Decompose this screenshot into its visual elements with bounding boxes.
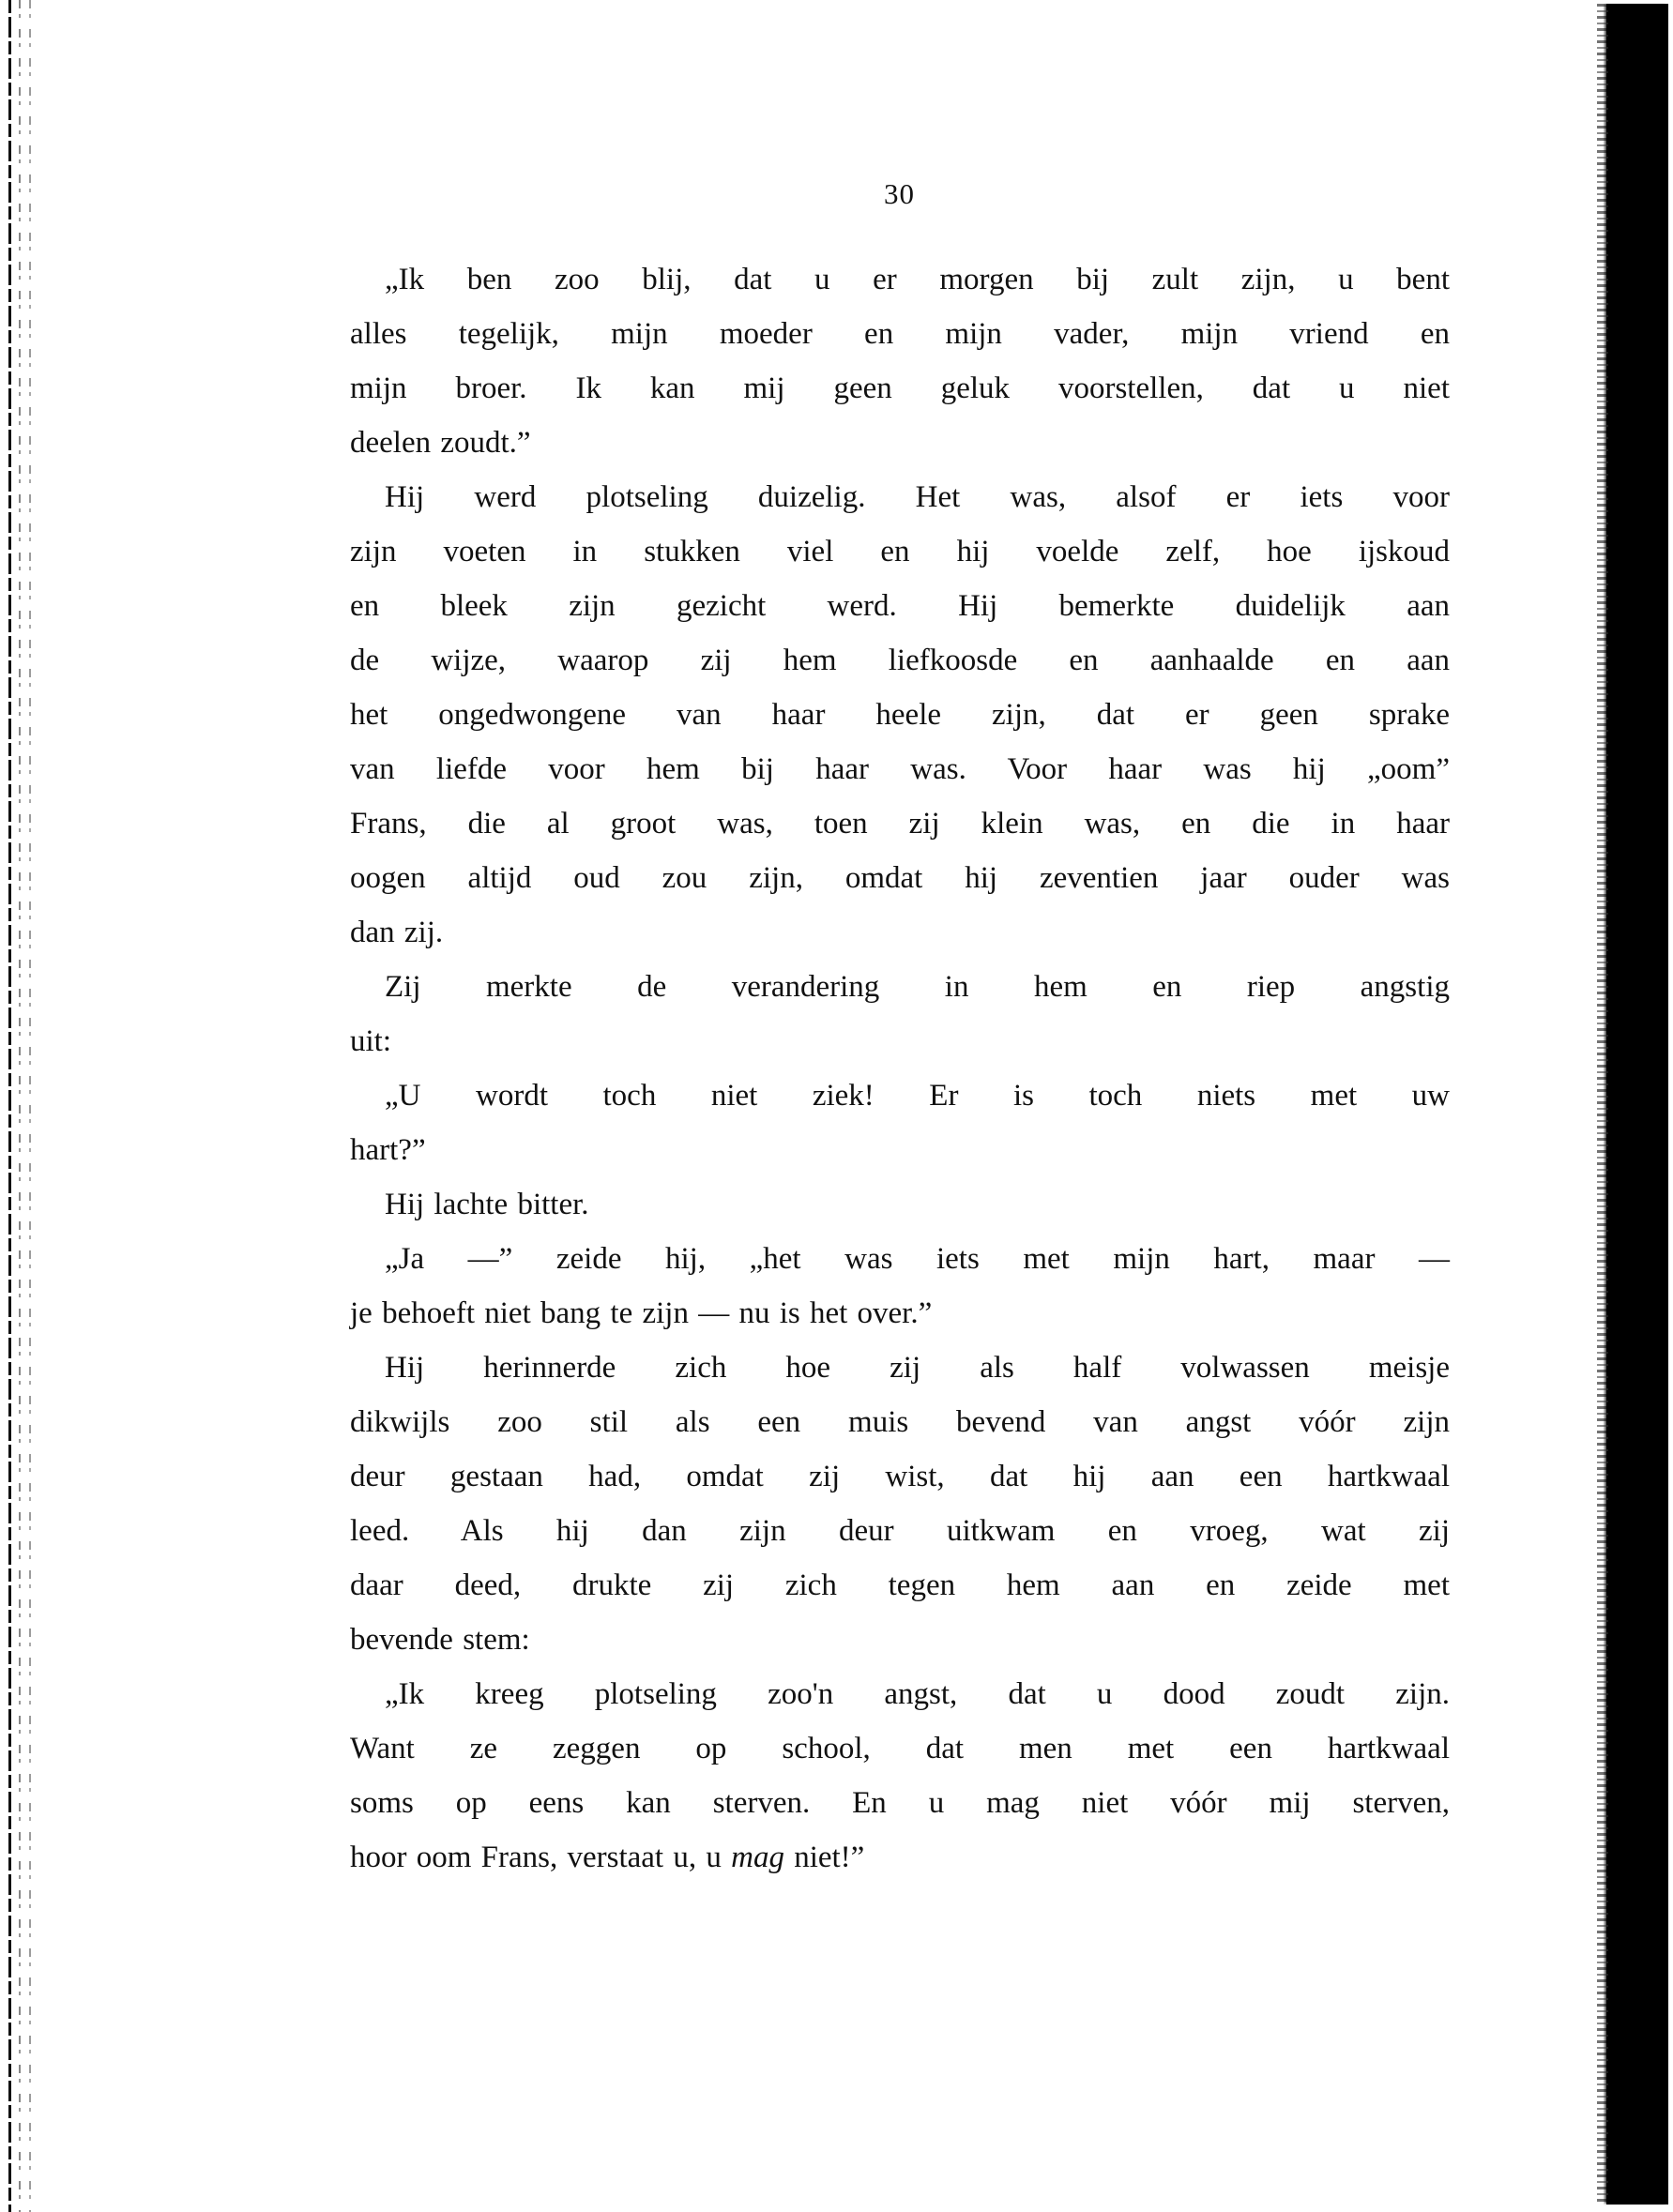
text-line: deur gestaan had, omdat zij wist, dat hi…	[350, 1449, 1450, 1504]
paragraph: Hij herinnerde zich hoe zij als half vol…	[350, 1341, 1450, 1667]
binding-edge-left	[0, 0, 38, 2212]
text-line: Want ze zeggen op school, dat men met ee…	[350, 1721, 1450, 1776]
paragraph: Hij lachte bitter.	[350, 1177, 1450, 1232]
text-line: Hij werd plotseling duizelig. Het was, a…	[350, 470, 1450, 524]
text-line: van liefde voor hem bij haar was. Voor h…	[350, 742, 1450, 796]
text-line: „Ik ben zoo blij, dat u er morgen bij zu…	[350, 252, 1450, 307]
text-run: niet!”	[784, 1841, 864, 1874]
text-line: soms op eens kan sterven. En u mag niet …	[350, 1776, 1450, 1830]
paragraph: Hij werd plotseling duizelig. Het was, a…	[350, 470, 1450, 960]
text-line: Frans, die al groot was, toen zij klein …	[350, 796, 1450, 851]
text-line: hart?”	[350, 1123, 1450, 1177]
text-line: het ongedwongene van haar heele zijn, da…	[350, 688, 1450, 742]
text-line: zijn voeten in stukken viel en hij voeld…	[350, 524, 1450, 579]
text-line: deelen zoudt.”	[350, 416, 1450, 470]
text-line: „Ja —” zeide hij, „het was iets met mijn…	[350, 1232, 1450, 1286]
text-line: daar deed, drukte zij zich tegen hem aan…	[350, 1558, 1450, 1613]
text-line: bevende stem:	[350, 1613, 1450, 1667]
binding-rule	[29, 0, 31, 2212]
binding-rule	[19, 0, 21, 2212]
paragraph: „Ik kreeg plotseling zoo'n angst, dat u …	[350, 1667, 1450, 1885]
text-line: de wijze, waarop zij hem liefkoosde en a…	[350, 633, 1450, 688]
page-body: „Ik ben zoo blij, dat u er morgen bij zu…	[350, 252, 1450, 1885]
text-line: dan zij.	[350, 905, 1450, 960]
text-line: leed. Als hij dan zijn deur uitkwam en v…	[350, 1504, 1450, 1558]
text-line: je behoeft niet bang te zijn — nu is het…	[350, 1286, 1450, 1341]
text-line: Zij merkte de verandering in hem en riep…	[350, 960, 1450, 1014]
paragraph: „U wordt toch niet ziek! Er is toch niet…	[350, 1068, 1450, 1177]
text-line: oogen altijd oud zou zijn, omdat hij zev…	[350, 851, 1450, 905]
text-line: dikwijls zoo stil als een muis bevend va…	[350, 1395, 1450, 1449]
text-line: Hij lachte bitter.	[350, 1177, 1450, 1232]
text-line: „Ik kreeg plotseling zoo'n angst, dat u …	[350, 1667, 1450, 1721]
paragraph: „Ja —” zeide hij, „het was iets met mijn…	[350, 1232, 1450, 1341]
scan-edge-right	[1606, 4, 1668, 2204]
paragraph: „Ik ben zoo blij, dat u er morgen bij zu…	[350, 252, 1450, 470]
page-number: 30	[0, 175, 1673, 213]
text-line: alles tegelijk, mijn moeder en mijn vade…	[350, 307, 1450, 361]
text-line: en bleek zijn gezicht werd. Hij bemerkte…	[350, 579, 1450, 633]
text-line: uit:	[350, 1014, 1450, 1068]
text-line: hoor oom Frans, verstaat u, u mag niet!”	[350, 1830, 1450, 1885]
paragraph: Zij merkte de verandering in hem en riep…	[350, 960, 1450, 1068]
text-run: hoor oom Frans, verstaat u, u	[350, 1841, 731, 1874]
text-line: Hij herinnerde zich hoe zij als half vol…	[350, 1341, 1450, 1395]
emphasis-text: mag	[731, 1841, 784, 1874]
text-line: „U wordt toch niet ziek! Er is toch niet…	[350, 1068, 1450, 1123]
binding-rule	[8, 0, 11, 2212]
text-line: mijn broer. Ik kan mij geen geluk voorst…	[350, 361, 1450, 416]
